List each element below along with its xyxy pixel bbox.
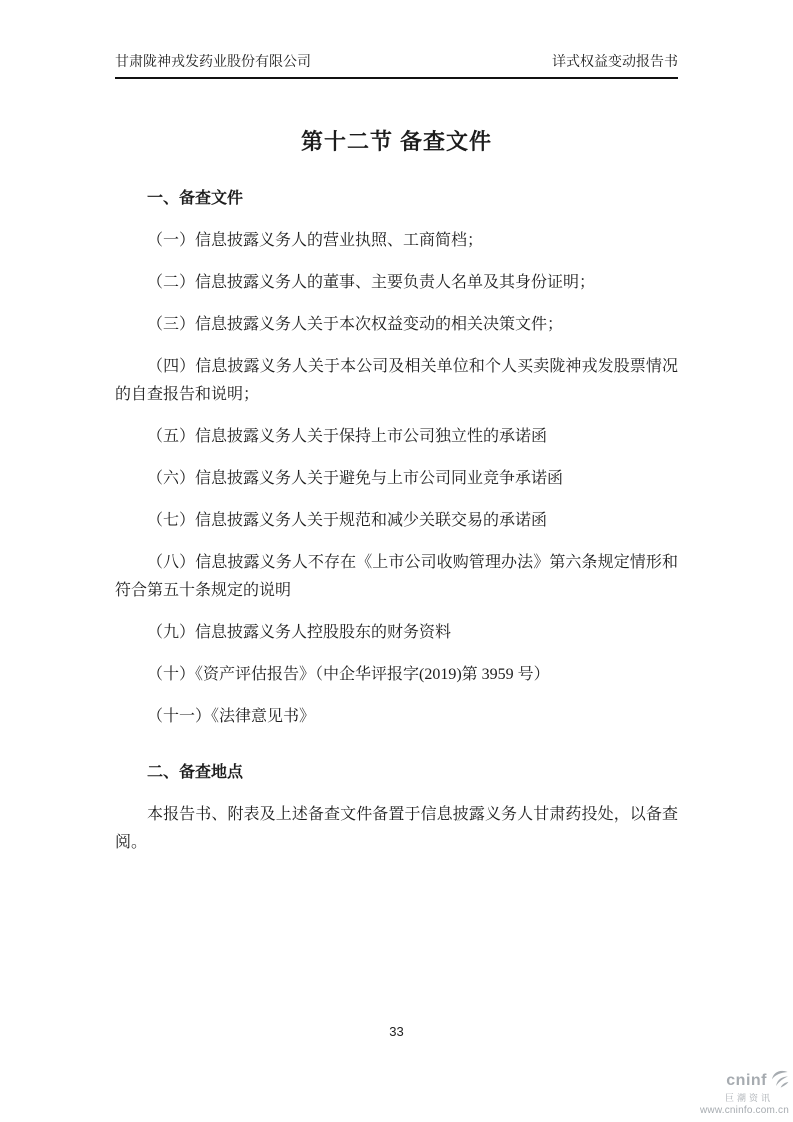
cninfo-swirl-icon — [769, 1070, 789, 1092]
list-item: （十）《资产评估报告》（中企华评报字(2019)第 3959 号） — [115, 661, 678, 689]
list-item: （十一）《法律意见书》 — [115, 703, 678, 731]
list-item: （五）信息披露义务人关于保持上市公司独立性的承诺函 — [115, 423, 678, 451]
running-header: 甘肃陇神戎发药业股份有限公司 详式权益变动报告书 — [115, 0, 678, 79]
cninfo-brand-text: cninf — [726, 1073, 767, 1089]
document-page: 甘肃陇神戎发药业股份有限公司 详式权益变动报告书 第十二节 备查文件 一、备查文… — [0, 0, 793, 1122]
list-item: （六）信息披露义务人关于避免与上市公司同业竞争承诺函 — [115, 465, 678, 493]
section-heading-documents: 一、备查文件 — [115, 185, 678, 213]
cninfo-logo: cninf 巨潮资讯 www.cninfo.com.cn — [679, 1070, 789, 1116]
chapter-title: 第十二节 备查文件 — [115, 127, 678, 157]
header-report-title: 详式权益变动报告书 — [552, 55, 678, 71]
cninfo-chinese-name: 巨潮资讯 — [679, 1094, 773, 1103]
list-item: （七）信息披露义务人关于规范和减少关联交易的承诺函 — [115, 507, 678, 535]
cninfo-url: www.cninfo.com.cn — [679, 1106, 789, 1116]
list-item: （三）信息披露义务人关于本次权益变动的相关决策文件； — [115, 311, 678, 339]
list-item: （四）信息披露义务人关于本公司及相关单位和个人买卖陇神戎发股票情况的自查报告和说… — [115, 353, 678, 409]
page-number: 33 — [0, 1024, 793, 1040]
running-header-row: 甘肃陇神戎发药业股份有限公司 详式权益变动报告书 — [115, 55, 678, 79]
list-item: （二）信息披露义务人的董事、主要负责人名单及其身份证明； — [115, 269, 678, 297]
header-company-name: 甘肃陇神戎发药业股份有限公司 — [115, 55, 311, 71]
list-item: （九）信息披露义务人控股股东的财务资料 — [115, 619, 678, 647]
section-heading-location: 二、备查地点 — [115, 759, 678, 787]
list-item: （八）信息披露义务人不存在《上市公司收购管理办法》第六条规定情形和符合第五十条规… — [115, 549, 678, 605]
list-item: （一）信息披露义务人的营业执照、工商简档； — [115, 227, 678, 255]
location-paragraph: 本报告书、附表及上述备查文件备置于信息披露义务人甘肃药投处，以备查阅。 — [115, 801, 678, 857]
